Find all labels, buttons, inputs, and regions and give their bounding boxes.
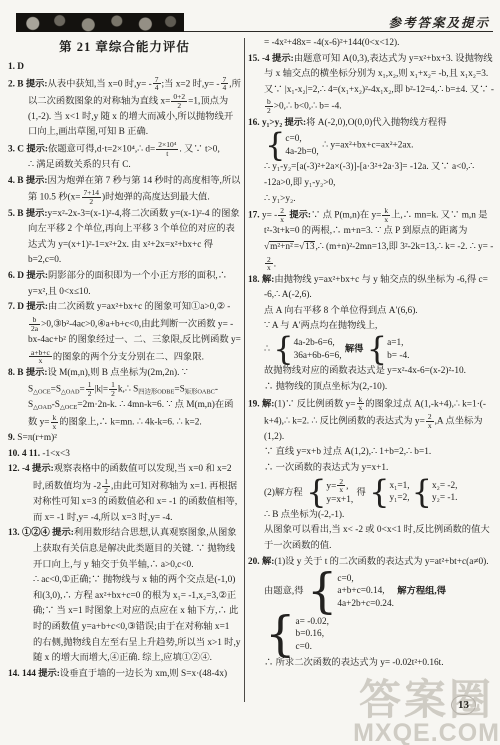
fraction-denominator: 4 [221, 84, 229, 92]
equation-row: y₁=2, [390, 492, 410, 505]
sqrt-radicand: 13 [304, 241, 315, 252]
bold-run: 提示: [24, 79, 48, 89]
fraction-denominator: x [337, 486, 345, 494]
text-run: k,∴ S [118, 385, 138, 395]
bold-run: 9. [8, 433, 17, 443]
answer-item-right-10: ∴ {4a-2b-6=6,36a+6b-6=6, 解得 {a=1,b= -4. [248, 335, 495, 364]
equation-rows: y=2x,y=x+1, [326, 478, 353, 507]
section-title: 第 21 章综合能力评估 [8, 37, 241, 55]
answer-item-left-2: 2. B 提示:从表中获知,当 x=0 时,y= -74;当 x=2 时,y= … [8, 76, 241, 141]
bold-run: 提示: [24, 271, 48, 281]
fraction-denominator: x [29, 357, 52, 365]
text-run: a= -0.02, [296, 617, 329, 627]
equation-row: 4a-2b-6=6, [294, 337, 342, 350]
answer-item-left-14: 14. 144 提示:设垂直于墙的一边长为 xm,则 S=x·(48-4x) [8, 667, 241, 683]
answer-item-right-1: = -4x²+48x= -4(x-6)²+144(0<x<12). [248, 36, 495, 52]
bold-run: 提示: [270, 54, 294, 64]
text-run: x₂= -2, [432, 481, 458, 491]
text-run: c=0, [337, 574, 353, 584]
text-run: ∴ [264, 345, 272, 355]
bold-run: 5. B [8, 209, 24, 219]
fraction-denominator: 4 [153, 84, 161, 92]
equation-row: 4a-2b=0, [285, 146, 318, 159]
bold-run: 解方程组,得 [395, 587, 446, 597]
answer-item-left-6: 6. D 提示:阴影部分的面积即为一个小正方形的面积,∴ y=x²,且 0<x≤… [8, 269, 241, 300]
text-run: ∴ y=ax²+bx+c=ax²+2ax. [320, 141, 414, 151]
text-run: S=π(r+m)² [17, 433, 57, 443]
subscript-run: △OCE [60, 404, 77, 411]
text-run: 由抛物线 y=ax²+bx+c 与 y 轴交点的纵坐标为 -6,得 c= -6,… [264, 275, 488, 301]
equation-row: 4a+2b+c=0.24. [337, 598, 394, 611]
text-run: b=0.16, [296, 629, 325, 639]
text-run: 得 [354, 487, 368, 497]
fraction-denominator: x [265, 264, 273, 272]
equation-system: {c=0,4a-2b=0, [265, 132, 319, 159]
answer-list-left: 1. D2. B 提示:从表中获知,当 x=0 时,y= -74;当 x=2 时… [8, 60, 241, 682]
fraction: kx [381, 207, 391, 224]
subscript-run: △OCE [33, 389, 50, 396]
text-run: 的图象的两个分支分别在二、四象限. [53, 352, 204, 362]
answer-item-right-14: ∵ 直线 y=x+b 过点 A(1,2),∴ 1+b=2,∴ b=1. [248, 445, 495, 461]
equation-row: y₂= -1. [432, 492, 458, 505]
brace-glyph: { [367, 336, 387, 363]
fraction-denominator: t [156, 150, 178, 158]
equation-row: c=0, [285, 133, 318, 146]
header-rule [184, 31, 493, 32]
text-run: y=x²-2x-3=(x-1)²-4,将二次函数 y=(x-1)²-4 的图象向… [28, 209, 240, 266]
text-run: >0,③b²-4ac>0,④a+b+c<0,由此判断一次函数 y= -bx-4a… [28, 319, 241, 345]
answer-item-right-8: 点 A 向右平移 8 个单位得到点 A′(6,6). [248, 304, 495, 320]
equation-rows: c=0,4a-2b=0, [285, 133, 318, 158]
bold-run: 13. ①②④ [8, 528, 50, 538]
equation-row: a+b+c=0.14, [337, 585, 394, 598]
answer-item-right-20: {a= -0.02,b=0.16,c=0. [248, 613, 495, 656]
bold-run: 提示: [24, 302, 48, 312]
text-run: =S [174, 385, 184, 395]
answer-item-right-18: 从图象可以看出,当 x< -2 或 0<x<1 时,反比例函数的值大于一次函数的… [248, 523, 495, 554]
text-run: ∴ 抛物线的顶点坐标为(2,-10). [264, 382, 387, 392]
fraction: 2x [264, 256, 274, 273]
brace-glyph: { [273, 336, 293, 363]
text-run: 的图象上,∴ k=mn. ∴ 4k-k=6. ∴ k=2. [59, 418, 201, 428]
fraction-denominator: x [382, 216, 390, 224]
answer-item-right-16: (2)解方程 {y=2x,y=x+1, 得 {x₁=1,y₁=2,{x₂= -2… [248, 477, 495, 508]
bold-run: 提示: [24, 209, 48, 219]
equation-system: {x₁=1,y₁=2, [369, 479, 409, 506]
text-run: y= [326, 481, 336, 491]
bold-run: 6. D [8, 271, 24, 281]
bold-run: 提示: [50, 528, 74, 538]
bold-run: 提示: [287, 211, 311, 221]
subscript-run: 矩形OABC [185, 389, 215, 396]
fraction-denominator: x [51, 423, 59, 431]
bold-run: 提示: [36, 669, 60, 679]
equation-rows: a=1,b= -4. [387, 337, 409, 362]
bold-run: 提示: [24, 368, 48, 378]
fraction: 12 [108, 381, 118, 398]
bold-run: 提示: [24, 145, 48, 155]
text-run: |k|= [95, 385, 109, 395]
answer-item-left-8: 8. B 提示:设 M(m,n),则 B 点坐标为(2m,2n). ∵ S△OC… [8, 366, 241, 431]
answer-item-left-7: 7. D 提示:由二次函数 y=ax²+bx+c 的图象可知①a>0,② -b2… [8, 300, 241, 365]
answer-item-right-12: ∴ 抛物线的顶点坐标为(2,-10). [248, 380, 495, 396]
equation-row: 36a+6b-6=6, [294, 350, 342, 363]
answer-item-right-4: {c=0,4a-2b=0, ∴ y=ax²+bx+c=ax²+2ax. [248, 131, 495, 160]
equation-row: y=x+1, [326, 494, 353, 507]
text-run: =S [51, 385, 61, 395]
text-run: ∴ 一次函数的表达式为 y=x+1. [264, 463, 388, 473]
answer-item-right-19: 20. 解:(1)设 y 关于 t 的二次函数的表达式为 y=at²+bt+c(… [248, 555, 495, 613]
bold-run: 提示: [24, 176, 48, 186]
fraction: 0+22 [170, 93, 188, 110]
equation-row: x₂= -2, [432, 480, 458, 493]
text-run: c=0. [296, 642, 312, 652]
fraction: 12 [85, 381, 95, 398]
text-run: 故抛物线对应的函数表达式是 y=x²-4x-6=(x-2)²-10. [264, 366, 466, 376]
fraction: 12 [101, 478, 111, 495]
text-run: c=0, [285, 134, 301, 144]
equation-row: c=0. [296, 641, 329, 654]
answer-item-left-5: 5. B 提示:y=x²-2x-3=(x-1)²-4,将二次函数 y=(x-1)… [8, 207, 241, 269]
text-run: 由题意可知 A(0,3),表达式为 y=x²+bx+3. 设抛物线与 x 轴交点… [264, 54, 494, 95]
brace-glyph: { [369, 479, 389, 506]
fraction-denominator: 2 [171, 102, 187, 110]
text-run: ∴ B 点坐标为(-2,-1). [264, 510, 344, 520]
text-run: 点 A 向右平移 8 个单位得到点 A′(6,6). [264, 306, 418, 316]
equation-row: a= -0.02, [296, 616, 329, 629]
bold-run: 解得 [343, 345, 366, 355]
fraction: 2x [277, 207, 287, 224]
text-run: = -4x²+48x= -4(x-6)²+144(0<x<12). [264, 38, 399, 48]
equation-row: y=2x, [326, 478, 353, 495]
answer-item-right-7: 18. 解:由抛物线 y=ax²+bx+c 与 y 轴交点的纵坐标为 -6,得 … [248, 273, 495, 304]
fraction-denominator: 2 [265, 107, 273, 115]
column-left: 第 21 章综合能力评估 1. D2. B 提示:从表中获知,当 x=0 时,y… [8, 36, 241, 704]
answer-item-left-3: 3. C 提示:依题意可得,d·t=2×10⁴,∴ d=2×10⁴t. 又∵ t… [8, 141, 241, 174]
bold-run: 19. 解: [248, 399, 274, 409]
text-run: 36a+6b-6=6, [294, 351, 342, 361]
bold-run: 11. [29, 449, 42, 459]
subscript-run: 四边形ODBE [138, 389, 174, 396]
page-number: 13 [451, 695, 476, 715]
fraction: b2 [264, 98, 274, 115]
brace-glyph: { [307, 571, 338, 612]
text-run: ∴ 所求二次函数的表达式为 y= -0.02t²+0.16t. [264, 658, 444, 668]
text-run: 从表中获知,当 x=0 时,y= - [48, 79, 152, 89]
fraction: 7+142 [81, 189, 102, 206]
bold-run: 15. -4 [248, 54, 270, 64]
masthead-art [16, 13, 184, 32]
text-run: >0,∴ b<0,∴ b= -4. [274, 102, 342, 112]
masthead-title: 参考答案及提示 [388, 13, 490, 31]
answer-item-left-12: 13. ①②④ 提示:利用数形结合思想,认真观察图象,从图象上获取有关信息是解决… [8, 526, 241, 573]
page: 参考答案及提示 第 21 章综合能力评估 1. D2. B 提示:从表中获知,当… [0, 0, 500, 745]
answer-item-left-11: 12. -4 提示:观察表格中的函数值可以发现,当 x=0 和 x=2 时,函数… [8, 462, 241, 526]
fraction: a+b+cx [28, 349, 53, 366]
text-run: ∴ y₁>y₂. [264, 194, 296, 204]
fraction-denominator: x [357, 404, 365, 412]
text-run: b= -4. [387, 351, 409, 361]
bold-run: 10. 4 [8, 449, 27, 459]
brace-glyph: { [412, 479, 432, 506]
text-run: ∴ 满足函数关系的只有 C. [28, 160, 131, 170]
text-run: . 又∵ t>0, [179, 145, 219, 155]
fraction: 74 [220, 76, 230, 93]
text-run: )时炮弹的高度达到最大值. [102, 193, 210, 203]
text-run: 从图象可以看出,当 x< -2 或 0<x<1 时,反比例函数的值大于一次函数的… [264, 525, 490, 551]
text-run: ∴ ac<0,①正确;∵ 抛物线与 x 轴的两个交点是(-1,0)和(3,0),… [33, 575, 240, 663]
text-run: 将 A(-2,0),O(0,0)代入抛物线方程得 [306, 118, 446, 128]
text-run: y=x+1, [326, 495, 353, 505]
text-run: x₁=1, [390, 481, 410, 491]
sqrt-radicand: m²+n² [269, 241, 294, 252]
column-right: = -4x²+48x= -4(x-6)²+144(0<x<12).15. -4 … [248, 36, 495, 704]
text-run: 设垂直于墙的一边长为 xm,则 S=x·(48-4x) [60, 669, 227, 679]
equation-rows: a= -0.02,b=0.16,c=0. [296, 616, 329, 654]
fraction-denominator: 2 [82, 198, 101, 206]
text-run: -S [52, 400, 60, 410]
text-run: a=1, [387, 338, 403, 348]
bold-run: 提示: [282, 118, 306, 128]
equation-system: {y=2x,y=x+1, [306, 478, 353, 507]
bold-run: 提示: [30, 464, 54, 474]
text-run: 4a-2b-6=6, [294, 338, 335, 348]
text-run: ;当 x=2 时,y= - [162, 79, 220, 89]
fraction: kx [356, 396, 366, 413]
fraction-denominator: 2a [29, 325, 40, 333]
bold-run: 20. 解: [248, 557, 274, 567]
equation-row: a=1, [387, 337, 409, 350]
answer-item-right-2: 15. -4 提示:由题意可知 A(0,3),表达式为 y=x²+bx+3. 设… [248, 52, 495, 116]
bold-run: 8. B [8, 368, 24, 378]
equation-row: b=0.16, [296, 628, 329, 641]
subscript-run: △OAD [61, 389, 80, 396]
fraction-denominator: 2 [102, 487, 110, 495]
fraction: 2×10⁴t [155, 141, 179, 158]
text-run: (2)解方程 [264, 487, 305, 497]
fraction: 2x [336, 478, 346, 495]
answer-item-right-5: ∴ y₁-y₂=[a(-3)²+2a×(-3)]-[a·3²+2a·3]= -1… [248, 160, 495, 207]
text-run: ∵ 直线 y=x+b 过点 A(1,2),∴ 1+b=2,∴ b=1. [264, 447, 431, 457]
text-run: y₁=2, [390, 493, 410, 503]
fraction-denominator: 2 [109, 390, 117, 398]
answer-item-left-4: 4. B 提示:因为炮弹在第 7 秒与第 14 秒时的高度相等,所以第 10.5… [8, 174, 241, 207]
answer-item-left-10: 10. 4 11. -1<x<3 [8, 447, 241, 463]
subscript-run: △OAD [33, 404, 52, 411]
text-run: . [274, 259, 276, 269]
equation-system: {4a-2b-6=6,36a+6b-6=6, [273, 336, 341, 363]
equation-rows: x₂= -2,y₂= -1. [432, 480, 458, 505]
equation-row: x₁=1, [390, 480, 410, 493]
brace-glyph: { [265, 614, 296, 655]
fraction: kx [50, 414, 60, 431]
answer-item-right-11: 故抛物线对应的函数表达式是 y=x²-4x-6=(x-2)²-10. [248, 364, 495, 380]
equation-row: b= -4. [387, 350, 409, 363]
bold-run: 17. [248, 211, 262, 221]
text-run: 4a+2b+c=0.24. [337, 599, 394, 609]
fraction-denominator: x [426, 422, 434, 430]
text-run: y₂= -1. [432, 493, 458, 503]
equation-rows: x₁=1,y₁=2, [390, 480, 410, 505]
column-divider [244, 38, 245, 702]
text-run: -1<x<3 [42, 449, 70, 459]
equation-system: {x₂= -2,y₂= -1. [412, 479, 458, 506]
bold-run: 7. D [8, 302, 24, 312]
bold-run: 4. B [8, 176, 24, 186]
fraction: b2a [28, 316, 41, 333]
equation-system: {a=1,b= -4. [367, 336, 410, 363]
answer-item-right-13: 19. 解:(1)∵ 反比例函数 y=kx的图象过点 A(1,-k+4),∴ k… [248, 396, 495, 446]
watermark-site: MXQE.COM [353, 721, 500, 745]
bold-run: 1. D [8, 62, 24, 72]
answer-item-left-1: 1. D [8, 60, 241, 76]
content-columns: 第 21 章综合能力评估 1. D2. B 提示:从表中获知,当 x=0 时,y… [8, 36, 495, 704]
fraction: 2x [425, 413, 435, 430]
bold-run: 14. 144 [8, 669, 36, 679]
answer-item-right-21: ∴ 所求二次函数的表达式为 y= -0.02t²+0.16t. [248, 656, 495, 672]
answer-item-right-6: 17. y= -2x 提示:∵ 点 P(m,n)在 y=kx上,∴ mn=k. … [248, 207, 495, 272]
answer-list-right: = -4x²+48x= -4(x-6)²+144(0<x<12).15. -4 … [248, 36, 495, 672]
sqrt-expression: √m²+n² [264, 241, 294, 252]
text-run: ∵ 点 P(m,n)在 y= [311, 211, 381, 221]
bold-run: 3. C [8, 145, 24, 155]
brace-glyph: { [265, 132, 285, 159]
equation-rows: 4a-2b-6=6,36a+6b-6=6, [294, 337, 342, 362]
equation-rows: c=0,a+b+c=0.14,4a+2b+c=0.24. [337, 573, 394, 611]
equation-system: {a= -0.02,b=0.16,c=0. [265, 614, 329, 655]
text-run: y= - [262, 211, 277, 221]
bold-run: 12. -4 [8, 464, 30, 474]
bold-run: 18. 解: [248, 275, 274, 285]
fraction-denominator: 2 [86, 390, 94, 398]
answer-item-left-9: 9. S=π(r+m)² [8, 431, 241, 447]
text-run: , [346, 481, 348, 491]
text-run: ,∴ (m+n)²-2mn=13,即 3²-2k=13,∴ k= -2. ∴ y… [315, 242, 493, 252]
text-run: 阴影部分的面积即为一个小正方形的面积,∴ y=x²,且 0<x≤10. [28, 271, 227, 297]
answer-item-right-3: 16. y₁>y₂ 提示:将 A(-2,0),O(0,0)代入抛物线方程得 [248, 116, 495, 132]
fraction-denominator: x [278, 216, 286, 224]
text-run: (1)∵ 反比例函数 y= [274, 399, 355, 409]
text-run: a+b+c=0.14, [337, 586, 384, 596]
equation-row: c=0, [337, 573, 394, 586]
bold-run: 2. B [8, 79, 24, 89]
text-run: 4a-2b=0, [285, 147, 318, 157]
sqrt-expression: √13 [299, 241, 315, 252]
text-run: ∴ y₁-y₂=[a(-3)²+2a×(-3)]-[a·3²+2a·3]= -1… [264, 162, 474, 188]
equation-system: {c=0,a+b+c=0.14,4a+2b+c=0.24. [307, 571, 394, 612]
text-run: 由二次函数 y=ax²+bx+c 的图象可知①a>0,② - [48, 302, 230, 312]
brace-glyph: { [306, 479, 326, 506]
fraction: 74 [152, 76, 162, 93]
answer-item-left-13: ∴ ac<0,①正确;∵ 抛物线与 x 轴的两个交点是(-1,0)和(3,0),… [8, 573, 241, 667]
text-run: 依题意可得,d·t=2×10⁴,∴ d= [48, 145, 155, 155]
